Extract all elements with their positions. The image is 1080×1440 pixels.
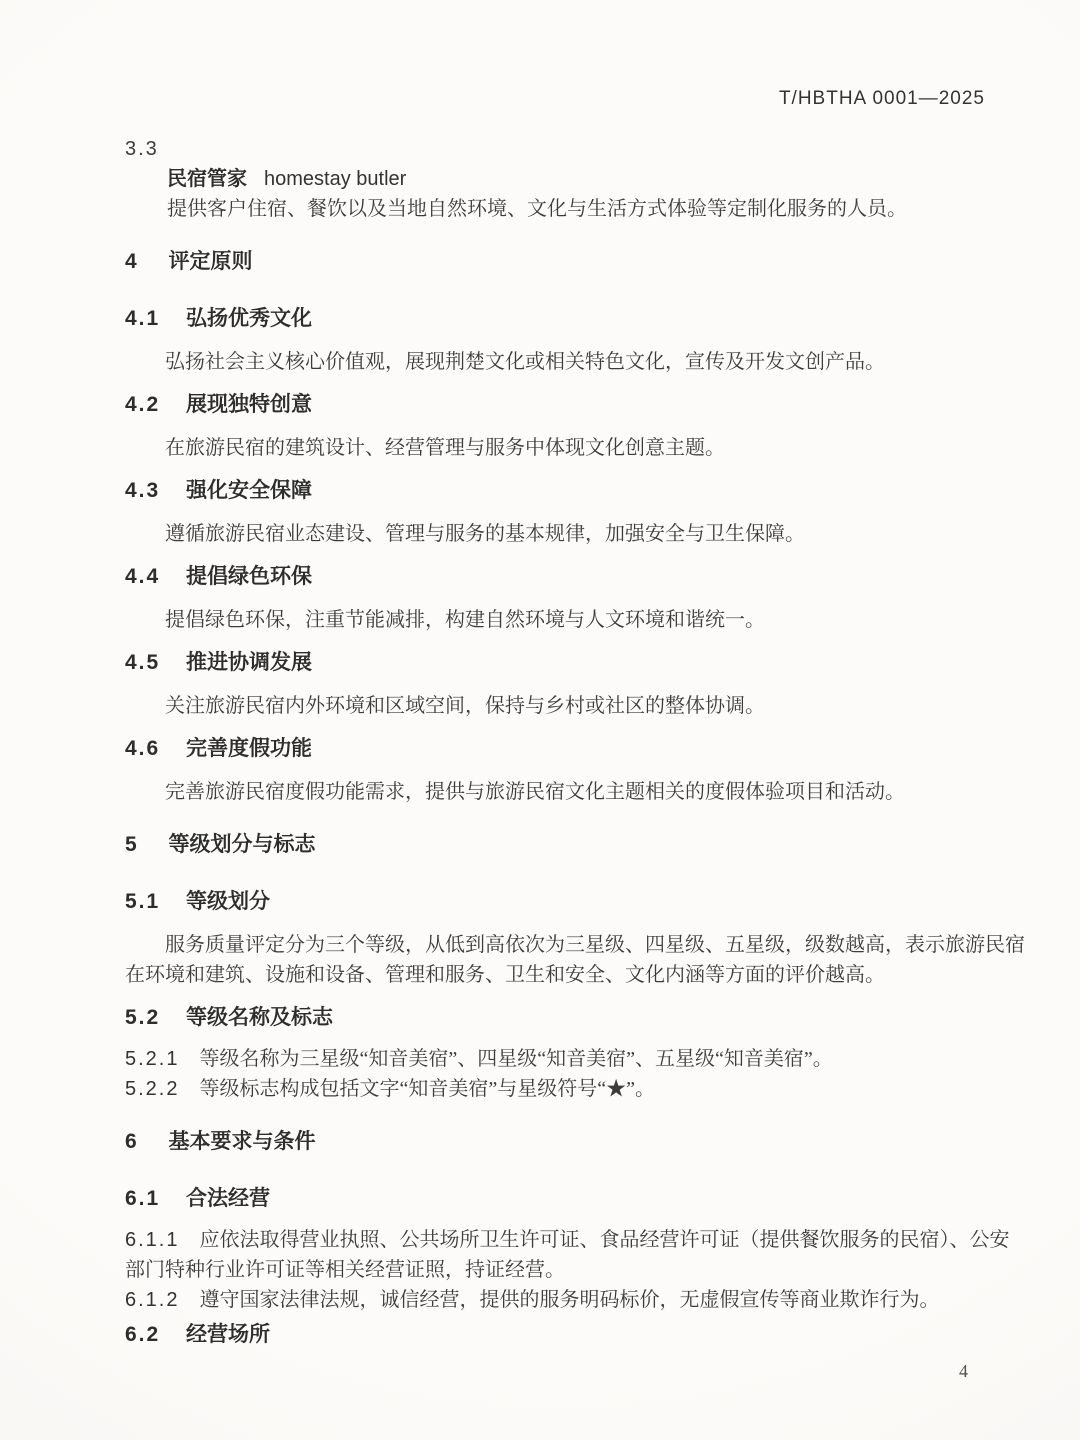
section-4-3-number: 4.3 xyxy=(125,479,160,502)
clause-6-1-2: 6.1.2遵守国家法律法规，诚信经营，提供的服务明码标价，无虚假宣传等商业欺诈行… xyxy=(125,1285,1025,1315)
section-6-2-title: 经营场所 xyxy=(186,1323,270,1346)
section-6-2-heading: 6.2 经营场所 xyxy=(125,1320,1025,1350)
section-4-1-title: 弘扬优秀文化 xyxy=(186,307,312,330)
section-4-3-body: 遵循旅游民宿业态建设、管理与服务的基本规律，加强安全与卫生保障。 xyxy=(125,519,1025,549)
clause-5-2-2: 5.2.2等级标志构成包括文字“知音美宿”与星级符号“★”。 xyxy=(125,1074,1025,1104)
terms-clause-number: 3.3 xyxy=(125,134,1025,164)
section-5-1-number: 5.1 xyxy=(125,890,160,913)
clause-5-2-2-number: 5.2.2 xyxy=(125,1078,179,1100)
section-5-2-heading: 5.2 等级名称及标志 xyxy=(125,1003,1025,1033)
clause-6-1-1-number: 6.1.1 xyxy=(125,1229,179,1251)
clause-5-2-1-text: 等级名称为三星级“知音美宿”、四星级“知音美宿”、五星级“知音美宿”。 xyxy=(199,1048,832,1070)
chapter-4-number: 4 xyxy=(125,250,139,273)
term-definition: 提供客户住宿、餐饮以及当地自然环境、文化与生活方式体验等定制化服务的人员。 xyxy=(167,194,1025,224)
section-4-3-title: 强化安全保障 xyxy=(186,479,312,502)
clause-6-1-2-text: 遵守国家法律法规，诚信经营，提供的服务明码标价，无虚假宣传等商业欺诈行为。 xyxy=(199,1289,939,1311)
section-4-1-heading: 4.1 弘扬优秀文化 xyxy=(125,304,1025,334)
clause-5-2-2-text: 等级标志构成包括文字“知音美宿”与星级符号“★”。 xyxy=(199,1078,655,1100)
section-4-4-title: 提倡绿色环保 xyxy=(186,565,312,588)
section-4-2-title: 展现独特创意 xyxy=(186,393,312,416)
section-5-2-number: 5.2 xyxy=(125,1006,160,1029)
section-4-2-body: 在旅游民宿的建筑设计、经营管理与服务中体现文化创意主题。 xyxy=(125,433,1025,463)
section-6-2-number: 6.2 xyxy=(125,1323,160,1346)
term-name-en: homestay butler xyxy=(264,168,406,190)
section-4-5-title: 推进协调发展 xyxy=(186,651,312,674)
section-4-4-heading: 4.4 提倡绿色环保 xyxy=(125,562,1025,592)
term-name-zh: 民宿管家 xyxy=(167,168,247,190)
section-5-1-heading: 5.1 等级划分 xyxy=(125,887,1025,917)
section-6-1-heading: 6.1 合法经营 xyxy=(125,1184,1025,1214)
section-4-2-heading: 4.2 展现独特创意 xyxy=(125,390,1025,420)
term-line: 民宿管家 homestay butler xyxy=(167,164,1025,194)
clause-5-2-1: 5.2.1等级名称为三星级“知音美宿”、四星级“知音美宿”、五星级“知音美宿”。 xyxy=(125,1044,1025,1074)
page-number: 4 xyxy=(959,1356,968,1386)
section-4-1-number: 4.1 xyxy=(125,307,160,330)
section-4-6-title: 完善度假功能 xyxy=(186,737,312,760)
section-4-6-number: 4.6 xyxy=(125,737,160,760)
section-4-5-number: 4.5 xyxy=(125,651,160,674)
clause-6-1-1: 6.1.1应依法取得营业执照、公共场所卫生许可证、食品经营许可证（提供餐饮服务的… xyxy=(125,1225,1025,1285)
section-4-5-body: 关注旅游民宿内外环境和区域空间，保持与乡村或社区的整体协调。 xyxy=(125,691,1025,721)
chapter-5-number: 5 xyxy=(125,833,139,856)
section-5-1-title: 等级划分 xyxy=(186,890,270,913)
chapter-5-heading: 5 等级划分与标志 xyxy=(125,830,1025,860)
chapter-6-heading: 6 基本要求与条件 xyxy=(125,1127,1025,1157)
chapter-5-title: 等级划分与标志 xyxy=(169,833,316,856)
section-4-6-body: 完善旅游民宿度假功能需求，提供与旅游民宿文化主题相关的度假体验项目和活动。 xyxy=(125,777,1025,807)
document-page: T/HBTHA 0001—2025 3.3 民宿管家 homestay butl… xyxy=(0,0,1080,1440)
section-4-4-body: 提倡绿色环保，注重节能减排，构建自然环境与人文环境和谐统一。 xyxy=(125,605,1025,635)
chapter-4-title: 评定原则 xyxy=(169,250,253,273)
clause-6-1-2-number: 6.1.2 xyxy=(125,1289,179,1311)
section-5-2-title: 等级名称及标志 xyxy=(186,1006,333,1029)
section-4-5-heading: 4.5 推进协调发展 xyxy=(125,648,1025,678)
section-4-4-number: 4.4 xyxy=(125,565,160,588)
page-content: T/HBTHA 0001—2025 3.3 民宿管家 homestay butl… xyxy=(125,84,1025,1350)
chapter-4-heading: 4 评定原则 xyxy=(125,247,1025,277)
chapter-6-title: 基本要求与条件 xyxy=(169,1130,316,1153)
section-4-3-heading: 4.3 强化安全保障 xyxy=(125,476,1025,506)
section-4-2-number: 4.2 xyxy=(125,393,160,416)
clause-5-2-1-number: 5.2.1 xyxy=(125,1048,179,1070)
section-5-1-body: 服务质量评定分为三个等级，从低到高依次为三星级、四星级、五星级，级数越高，表示旅… xyxy=(125,930,1025,990)
section-4-1-body: 弘扬社会主义核心价值观，展现荆楚文化或相关特色文化，宣传及开发文创产品。 xyxy=(125,347,1025,377)
section-6-1-number: 6.1 xyxy=(125,1187,160,1210)
section-6-1-title: 合法经营 xyxy=(186,1187,270,1210)
section-4-6-heading: 4.6 完善度假功能 xyxy=(125,734,1025,764)
clause-6-1-1-text: 应依法取得营业执照、公共场所卫生许可证、食品经营许可证（提供餐饮服务的民宿）、公… xyxy=(125,1229,1009,1281)
chapter-6-number: 6 xyxy=(125,1130,139,1153)
standard-number: T/HBTHA 0001—2025 xyxy=(125,84,1025,114)
